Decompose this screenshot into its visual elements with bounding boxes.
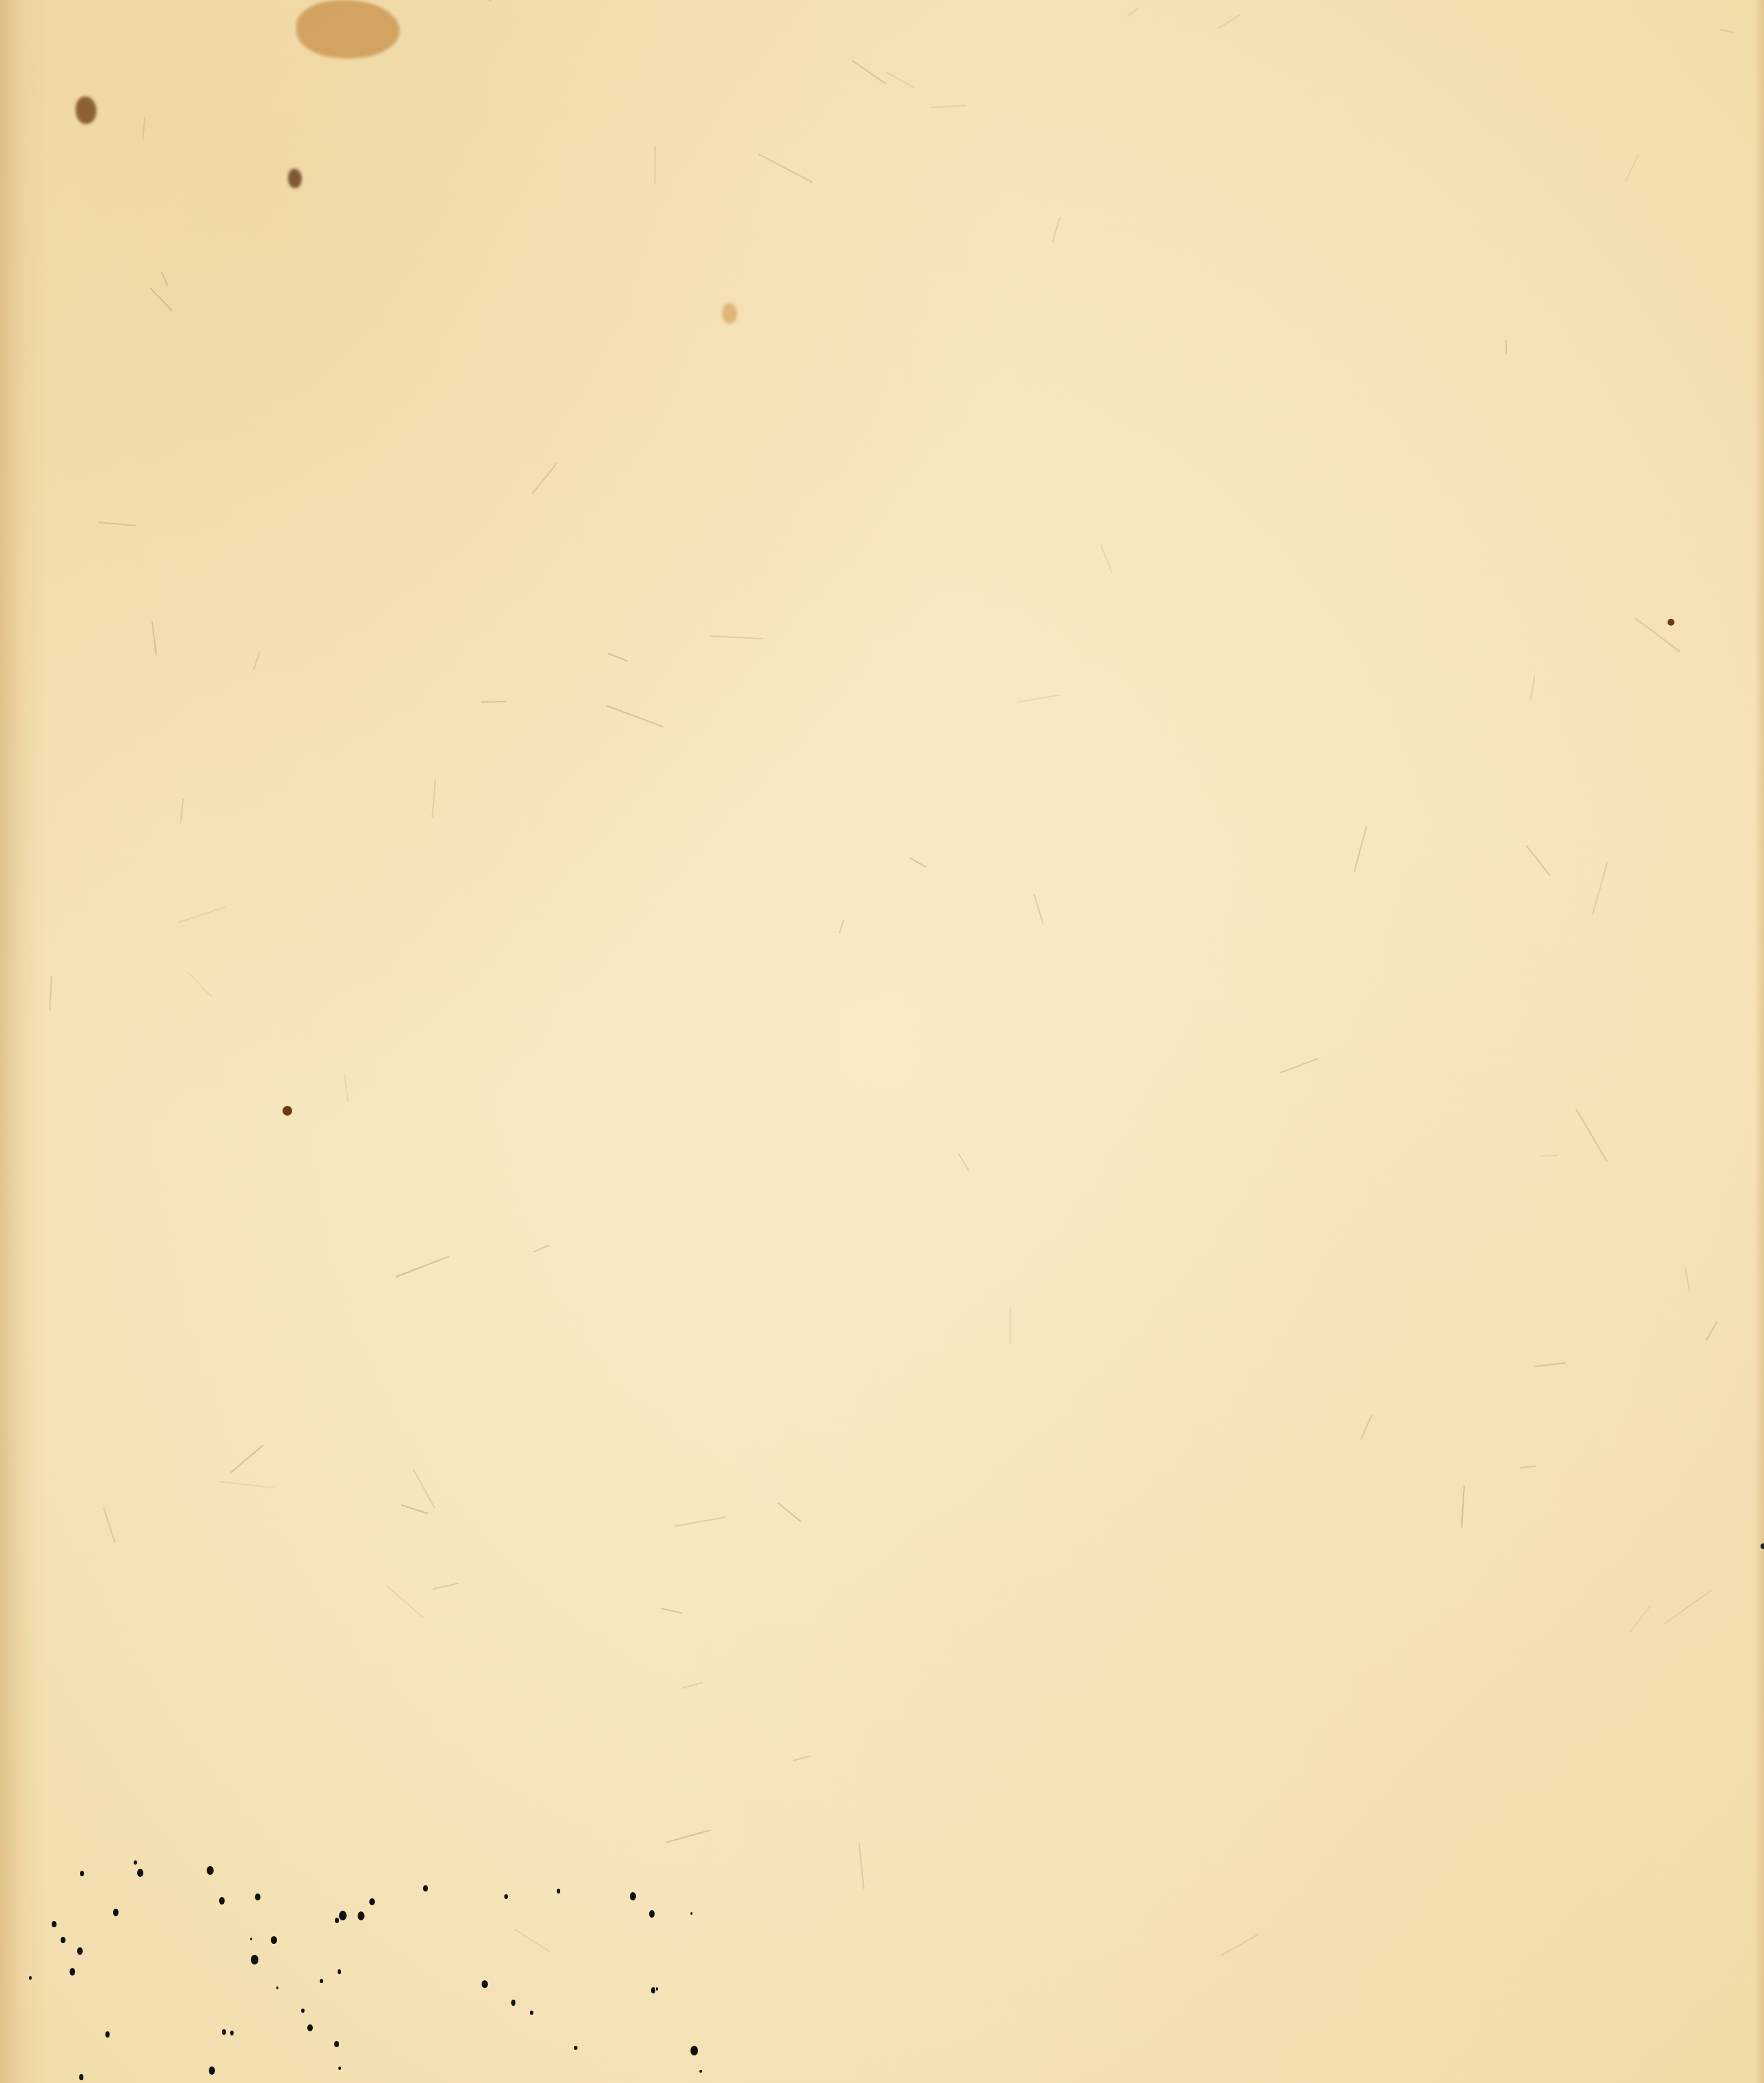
ink-speckle [105,2031,110,2038]
ink-speckle [276,1987,278,1989]
ink-speckle [320,1979,323,1983]
ink-speckle [656,1987,659,1991]
right-edge-discoloration [1754,0,1764,2083]
ink-speckle [134,1860,136,1864]
paper-fiber [532,463,557,494]
ink-speckle [52,1921,57,1927]
spot [1668,619,1674,626]
paper-fiber [50,976,52,1011]
ink-speckle [338,2066,341,2070]
paper-fiber [1624,154,1639,183]
paper-fiber [710,635,763,639]
paper-fiber [396,1256,449,1277]
paper-fiber [98,522,136,526]
paper-fiber [1663,1590,1712,1625]
ink-speckle [230,2031,234,2035]
paper-fiber [1218,14,1241,28]
ink-speckle [358,1911,365,1920]
paper-fiber [1706,1321,1718,1340]
ink-speckle [70,1968,75,1976]
ink-speckle [255,1894,260,1900]
paper-fiber [674,1517,725,1527]
spot [1761,1543,1764,1549]
ink-speckle [334,2041,339,2047]
ink-speckle [79,2074,84,2080]
ink-speckle [137,1869,144,1878]
top-water-stain [296,0,400,59]
paper-fiber [655,145,656,184]
left-edge-discoloration [0,0,48,2083]
paper-fiber [1100,545,1113,575]
paper-fiber [1221,1933,1259,1956]
paper-fiber [253,651,260,670]
ink-speckle [699,2070,701,2073]
paper-fiber [958,1153,969,1170]
ink-speckle [649,1910,655,1918]
ink-speckle [301,2009,305,2013]
paper-fiber [514,1929,551,1953]
paper-fiber [1506,340,1507,354]
paper-fiber [413,1469,435,1508]
paper-fiber [187,972,212,996]
paper-fiber [1354,826,1367,872]
paper-fiber [387,1586,424,1617]
paper-fiber [1530,675,1535,701]
ink-speckle [335,1918,340,1924]
paper-fiber [1461,1486,1464,1527]
paper-fiber [161,272,168,286]
ink-speckle [339,1911,347,1920]
paper-fiber [852,60,886,84]
paper-fiber [219,1481,274,1488]
paper-fiber [431,779,435,818]
paper-fiber [489,0,519,1]
paper-fiber [1575,1108,1608,1162]
ink-speckle [113,1909,119,1916]
paper-fiber [1685,1266,1690,1291]
ink-speckle [207,1866,214,1875]
ink-speckle [482,1980,488,1989]
ink-speckle [338,1969,341,1973]
paper-fiber [1127,7,1140,17]
paper-fiber [660,1608,681,1614]
paper-fiber [931,105,967,107]
paper-fiber [1017,694,1060,702]
paper-fiber [665,1829,710,1843]
ink-speckle [630,1892,637,1901]
paper-fiber [433,1583,458,1590]
ink-speckle [250,1938,252,1940]
ink-speckle [369,1898,374,1905]
paper-fiber [1009,1306,1011,1344]
ink-speckle [209,2066,215,2075]
ink-speckle [690,2046,698,2055]
spot [283,1106,292,1116]
paper-fiber [104,1508,116,1542]
paper-fiber [142,116,145,139]
paper-fiber [839,919,844,933]
paper-fiber [150,288,173,311]
ink-speckle [219,1897,225,1905]
ink-speckle [574,2046,577,2051]
paper-fiber [777,1502,801,1522]
ink-speckle [423,1885,428,1891]
paper-fiber [1526,845,1550,876]
paper-fiber [910,857,927,868]
burn-spot-2 [288,169,302,188]
paper-fiber [1520,1466,1537,1468]
ink-speckle [271,1936,277,1945]
paper-fiber [231,1444,264,1473]
ink-speckle [29,1976,32,1980]
ink-speckle [77,1947,83,1954]
paper-fiber [681,1682,703,1689]
paper-fiber [1052,218,1060,243]
paper-fiber [1720,29,1734,33]
paper-fiber [533,1244,549,1252]
ink-speckle [557,1889,560,1893]
paper-fiber [886,72,915,88]
ink-speckle [307,2024,313,2031]
paper-fiber [1280,1058,1317,1073]
paper-fiber [345,1073,349,1102]
ink-speckle [80,1871,85,1877]
paper-fiber [1034,894,1044,925]
ink-speckle [511,2000,515,2005]
paper-fiber [859,1843,864,1889]
burn-spot-1 [76,96,96,124]
paper-fiber [758,154,812,183]
ink-speckle [61,1937,65,1943]
paper-fiber [401,1504,429,1514]
paper-fiber [1592,861,1608,915]
ink-speckle [222,2029,226,2035]
paper-fiber [607,653,628,661]
paper-fiber [178,906,226,923]
paper-fiber [1535,1362,1566,1366]
paper-page [0,0,1764,2083]
ink-speckle [651,1987,656,1993]
ink-speckle [530,2011,533,2015]
paper-fiber [1629,1605,1650,1632]
paper-fiber [152,621,157,655]
paper-fiber [1361,1414,1373,1439]
small-stain [722,303,737,324]
ink-speckle [690,1912,693,1916]
paper-fiber [481,701,506,702]
paper-fiber [606,705,663,727]
ink-speckle [504,1894,508,1898]
ink-speckle [251,1955,258,1964]
paper-fiber [1540,1155,1558,1157]
paper-fiber [180,799,183,824]
paper-fiber [793,1755,812,1761]
